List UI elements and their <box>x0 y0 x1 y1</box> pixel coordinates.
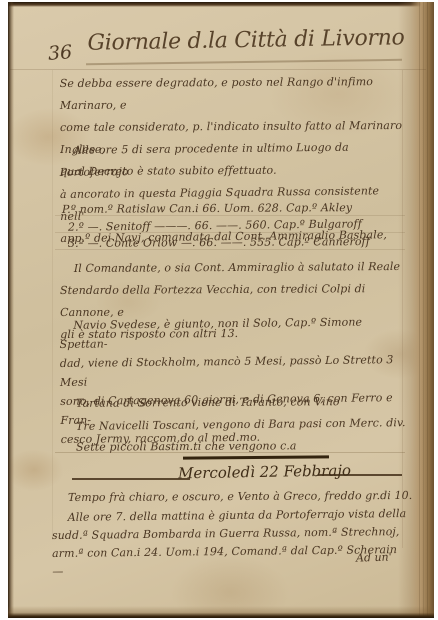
date-heading: Mercoledì 22 Febbrajo <box>178 462 338 483</box>
fleet-list-row-1: P.º nom.º Ratislaw Can.i 66. Uom. 628. C… <box>62 201 352 216</box>
catchword: Ad un' <box>356 550 392 564</box>
ruled-line-under-title <box>10 69 426 70</box>
date-rule-left <box>72 478 190 480</box>
paragraph-bombard-arrival: Alle ore 7. della mattina è giunta da Po… <box>52 505 409 581</box>
page-edge-top <box>8 2 434 7</box>
line-tartana: Tartana di Sorrento viene di Taranto, co… <box>76 395 340 410</box>
page-edge-bottom <box>8 606 434 618</box>
fleet-list-row-3: 3.º —. Conte Orlow —. 66. ——. 555. Cap.º… <box>68 235 370 250</box>
ruled-line-left-margin <box>52 70 53 540</box>
manuscript-page: 36 Giornale d.la Città di Livorno Se deb… <box>0 0 438 620</box>
page-binding-edge <box>8 2 14 618</box>
paragraph-weather: Tempo frà chiaro, e oscuro, e Vento à Gr… <box>68 489 412 504</box>
line-bastimenti: Sette piccoli Bastim.ti che vengono c.a <box>76 439 297 453</box>
folio-number: 36 <box>47 41 73 65</box>
